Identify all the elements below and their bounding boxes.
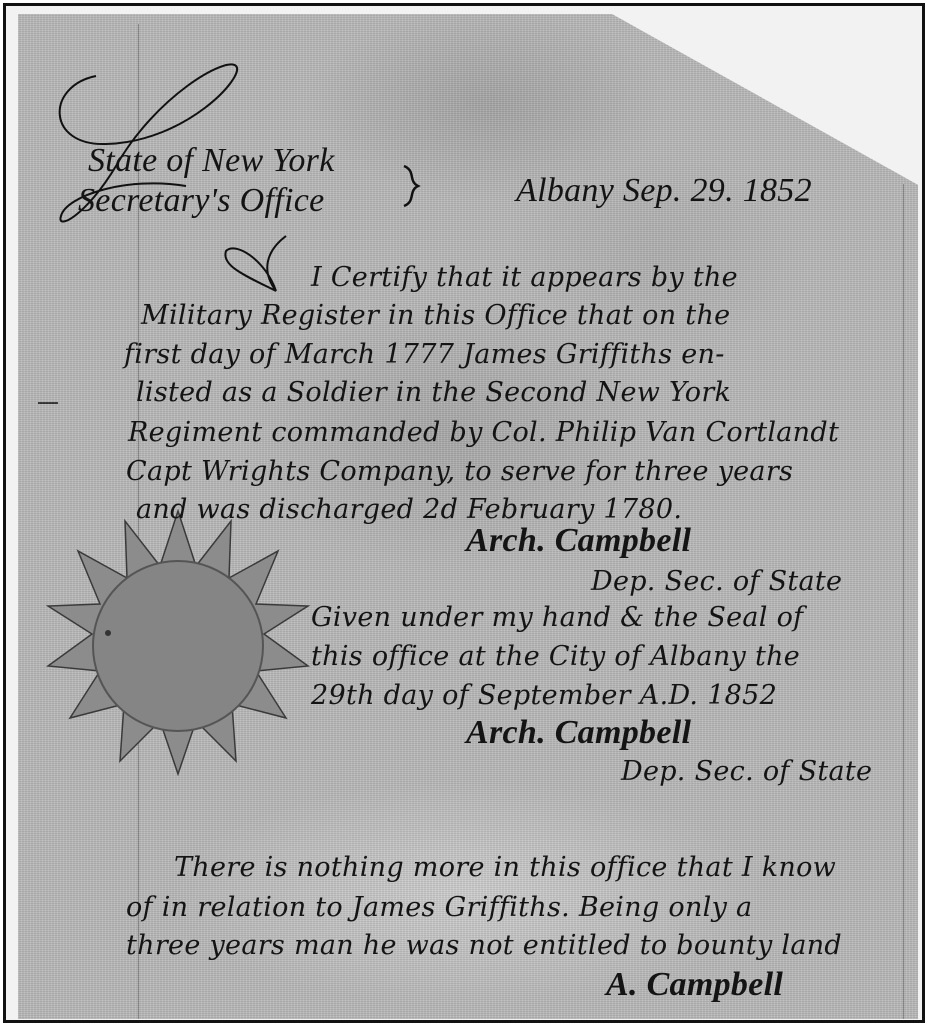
- header-place-date: Albany Sep. 29. 1852: [516, 174, 812, 208]
- postscript-line-1: There is nothing more in this office tha…: [174, 854, 836, 881]
- attestation-line-2: this office at the City of Albany the: [311, 643, 800, 670]
- body-line-3: first day of March 1777 James Griffiths …: [124, 341, 725, 368]
- signature-1-name: Arch. Campbell: [466, 524, 691, 558]
- attestation-line-3: 29th day of September A.D. 1852: [311, 682, 777, 709]
- starburst-seal-icon: [46, 506, 311, 776]
- signature-1-title: Dep. Sec. of State: [591, 568, 842, 595]
- signature-2-title: Dep. Sec. of State: [621, 758, 872, 785]
- ruled-margin-line-right: [903, 184, 904, 1019]
- body-line-5: Regiment commanded by Col. Philip Van Co…: [128, 419, 839, 446]
- body-line-6: Capt Wrights Company, to serve for three…: [126, 458, 793, 485]
- body-line-1: I Certify that it appears by the: [311, 264, 738, 291]
- postscript-line-3: three years man he was not entitled to b…: [126, 932, 842, 959]
- header-state-line: State of New York: [88, 144, 335, 178]
- body-line-7: and was discharged 2d February 1780.: [136, 496, 682, 523]
- document-frame: State of New York Secretary's Office Alb…: [3, 3, 925, 1023]
- header-office-line: Secretary's Office: [78, 184, 325, 218]
- body-line-4: listed as a Soldier in the Second New Yo…: [136, 379, 731, 406]
- signature-3-name: A. Campbell: [606, 968, 783, 1002]
- margin-tick-mark: [38, 402, 58, 404]
- postscript-line-2: of in relation to James Griffiths. Being…: [126, 894, 752, 921]
- attestation-line-1: Given under my hand & the Seal of: [311, 604, 803, 631]
- body-line-2: Military Register in this Office that on…: [141, 302, 730, 329]
- signature-2-name: Arch. Campbell: [466, 716, 691, 750]
